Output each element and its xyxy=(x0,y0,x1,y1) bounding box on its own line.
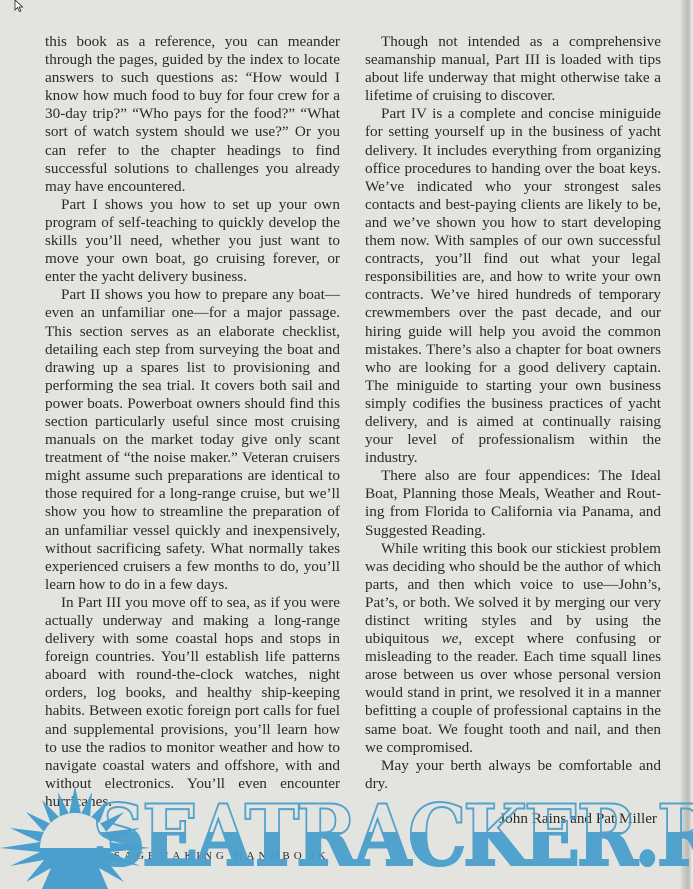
page-number: xii xyxy=(45,847,59,863)
paragraph-closing-wish: May your berth always be comfortable and… xyxy=(365,757,661,793)
right-text-column: Though not intended as a comprehensive s… xyxy=(365,33,661,793)
paragraph-part-one: Part I shows you how to set up your own … xyxy=(45,196,340,286)
authorship-text-after: except where confusing or misleading to … xyxy=(365,630,661,756)
paragraph-seamanship: Though not intended as a comprehensive s… xyxy=(365,33,661,105)
page-footer: xii PASSAGEMAKING HANDBOOK xyxy=(45,847,330,863)
paragraph-part-four: Part IV is a complete and concise minigu… xyxy=(365,105,661,467)
running-head: PASSAGEMAKING HANDBOOK xyxy=(83,850,330,862)
page-gutter-edge xyxy=(681,0,693,889)
paragraph-part-two: Part II shows you how to prepare any boa… xyxy=(45,286,340,594)
mouse-cursor-icon xyxy=(14,0,26,12)
paragraph-authorship: While writing this book our stickiest pr… xyxy=(365,540,661,757)
left-text-column: this book as a reference, you can meande… xyxy=(45,33,340,811)
paragraph-intro-continued: this book as a reference, you can meande… xyxy=(45,33,340,196)
author-signature: John Rains and Pat Miller xyxy=(499,810,657,828)
authorship-italic-we: we, xyxy=(442,630,463,647)
paragraph-appendices: There also are four appendices: The Idea… xyxy=(365,467,661,539)
paragraph-part-three: In Part III you move off to sea, as if y… xyxy=(45,594,340,811)
